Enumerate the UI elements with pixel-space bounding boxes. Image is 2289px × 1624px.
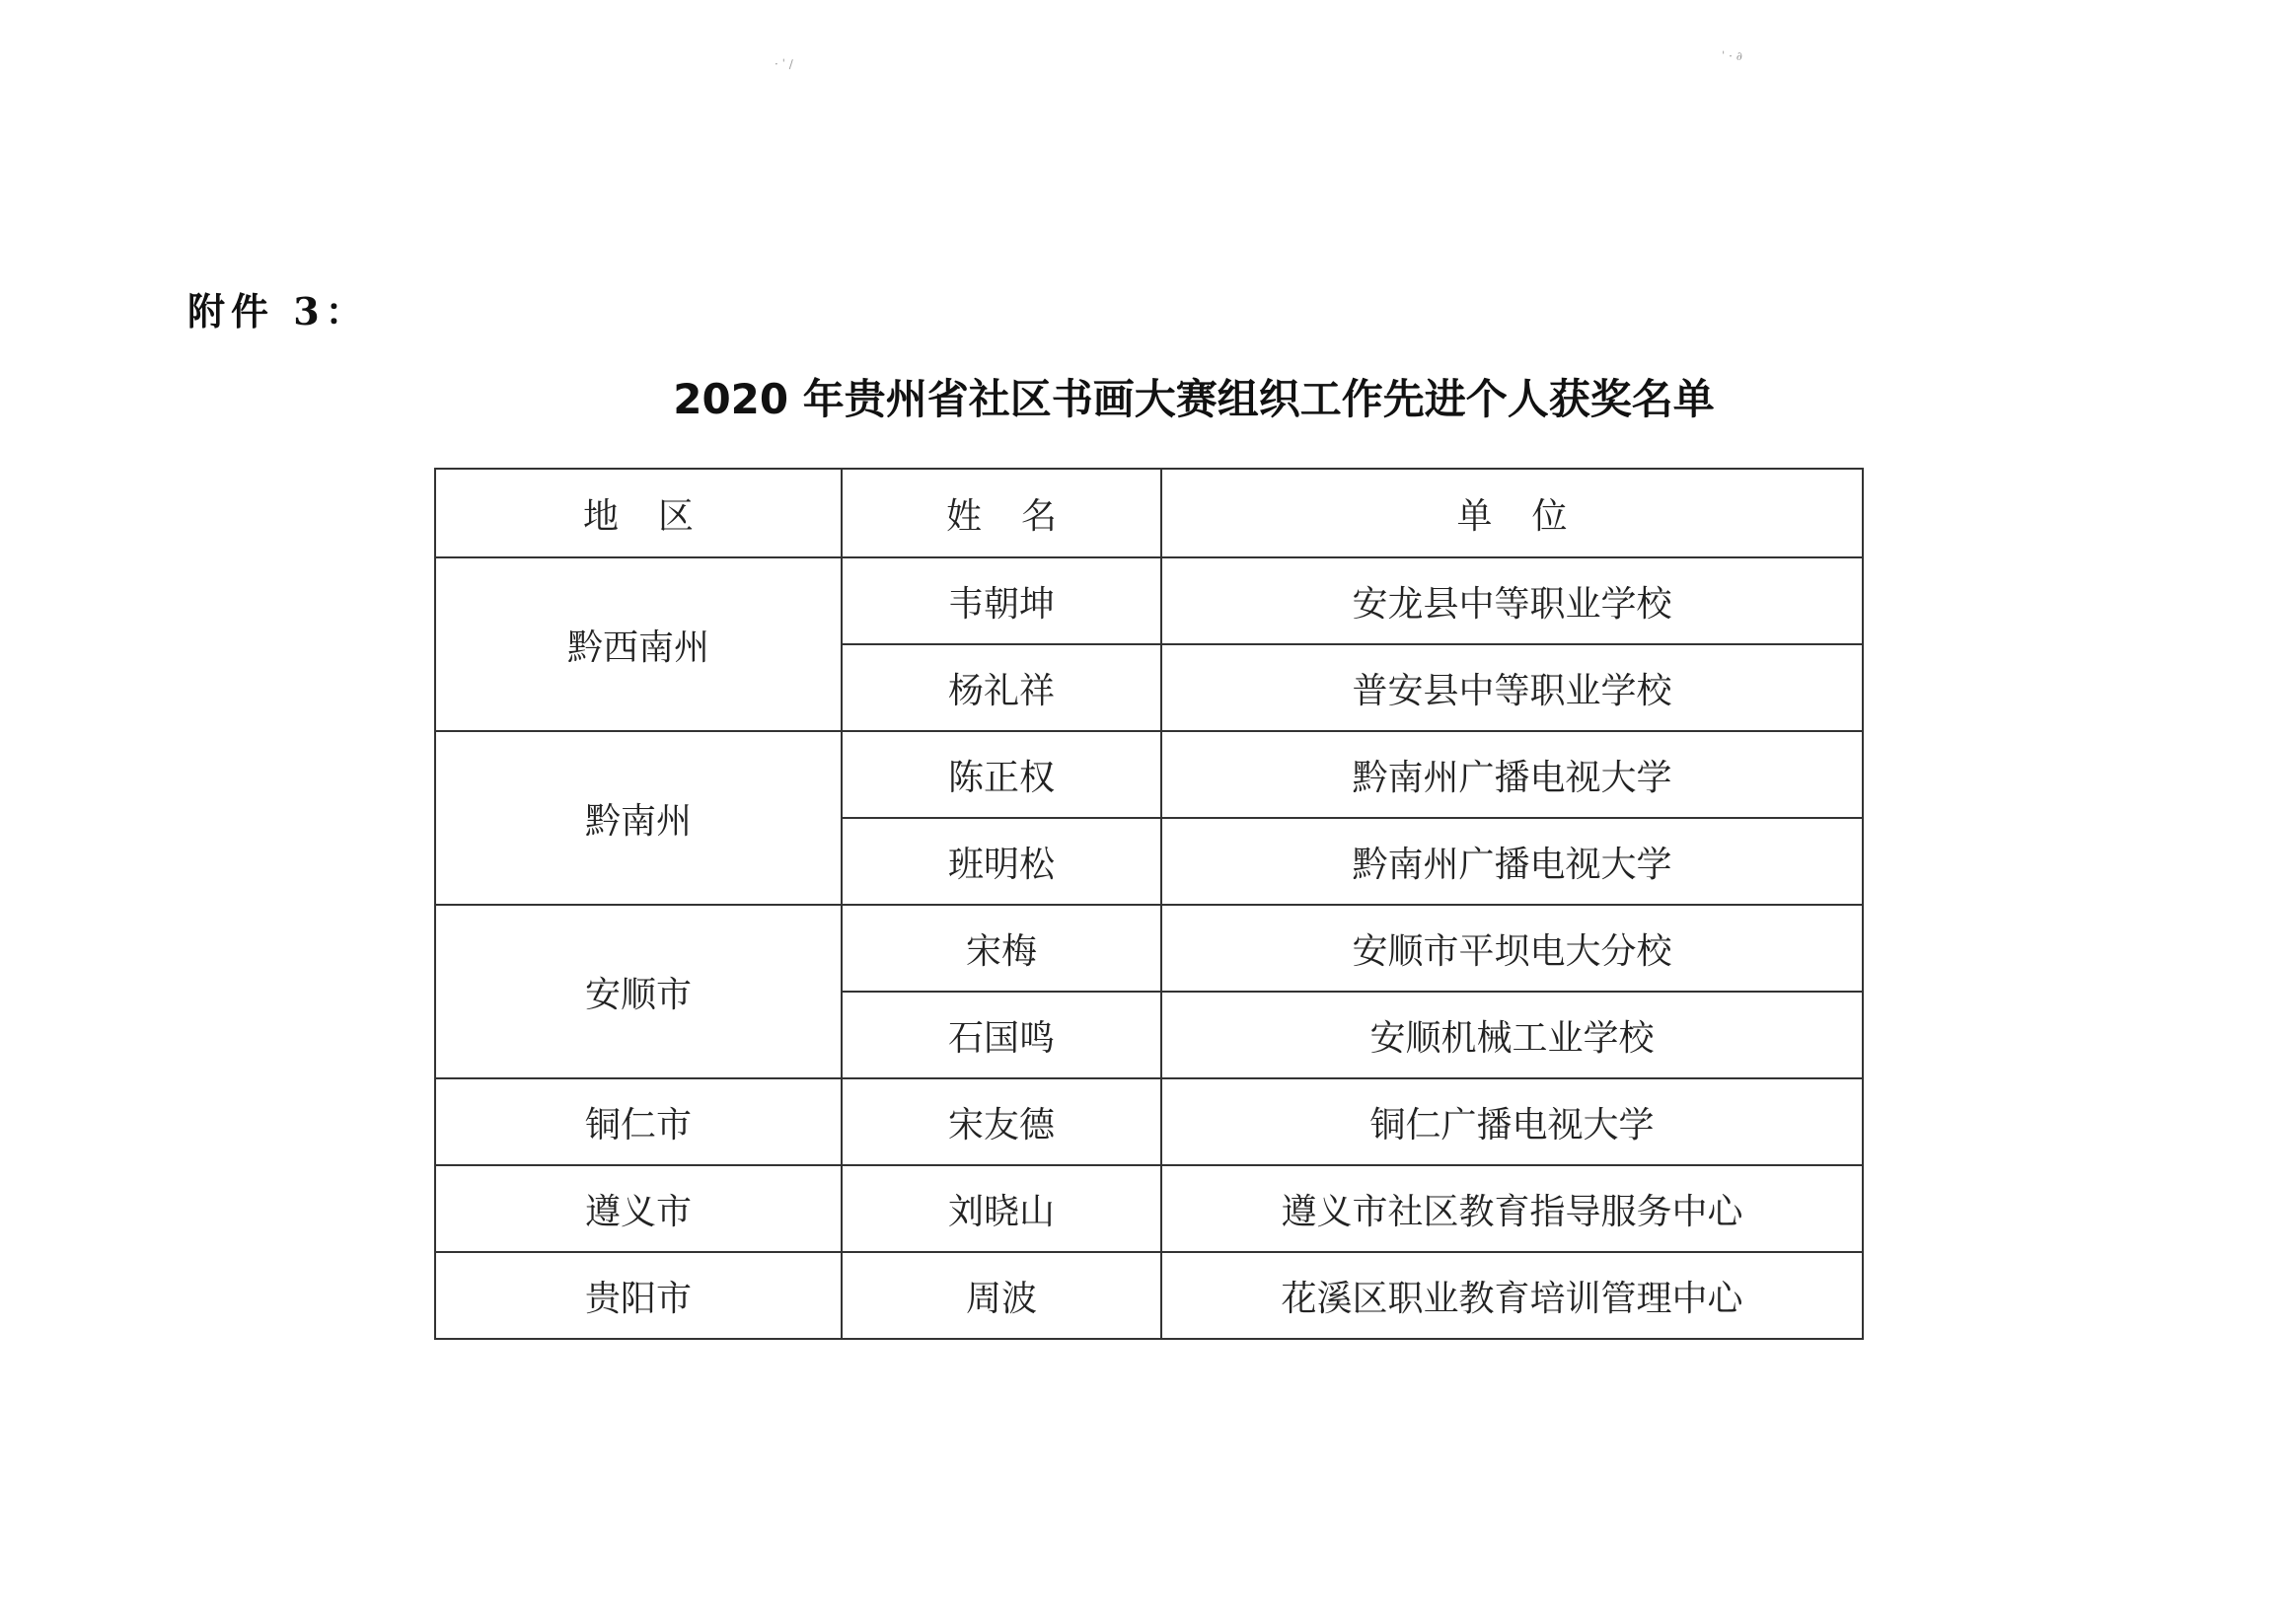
unit-cell: 安顺机械工业学校 (1161, 992, 1863, 1078)
name-cell: 周波 (842, 1252, 1161, 1339)
name-cell: 杨礼祥 (842, 644, 1161, 731)
header-name: 姓名 (842, 469, 1161, 557)
table-row: 安顺市 宋梅 安顺市平坝电大分校 (435, 905, 1863, 992)
unit-cell: 安顺市平坝电大分校 (1161, 905, 1863, 992)
unit-cell: 黔南州广播电视大学 (1161, 731, 1863, 818)
document-title: 2020 年贵州省社区书画大赛组织工作先进个人获奖名单 (0, 367, 2289, 426)
name-cell: 班明松 (842, 818, 1161, 905)
name-cell: 石国鸣 (842, 992, 1161, 1078)
name-cell: 刘晓山 (842, 1165, 1161, 1252)
unit-cell: 遵义市社区教育指导服务中心 (1161, 1165, 1863, 1252)
unit-cell: 花溪区职业教育培训管理中心 (1161, 1252, 1863, 1339)
name-cell: 宋梅 (842, 905, 1161, 992)
name-cell: 宋友德 (842, 1078, 1161, 1165)
scan-artifact-left: · ˈ ∕ (775, 57, 793, 71)
region-cell: 黔西南州 (435, 557, 842, 731)
region-cell: 铜仁市 (435, 1078, 842, 1165)
region-cell: 黔南州 (435, 731, 842, 905)
table-row: 黔南州 陈正权 黔南州广播电视大学 (435, 731, 1863, 818)
unit-cell: 普安县中等职业学校 (1161, 644, 1863, 731)
unit-cell: 黔南州广播电视大学 (1161, 818, 1863, 905)
unit-cell: 安龙县中等职业学校 (1161, 557, 1863, 644)
region-cell: 贵阳市 (435, 1252, 842, 1339)
unit-cell: 铜仁广播电视大学 (1161, 1078, 1863, 1165)
attachment-label: 附件 3： (187, 281, 369, 335)
table-row: 铜仁市 宋友德 铜仁广播电视大学 (435, 1078, 1863, 1165)
awards-table: 地区 姓名 单位 黔西南州 韦朝坤 安龙县中等职业学校 杨礼祥 普安县中等职业学… (434, 468, 1864, 1340)
name-cell: 韦朝坤 (842, 557, 1161, 644)
table-row: 黔西南州 韦朝坤 安龙县中等职业学校 (435, 557, 1863, 644)
table-row: 贵阳市 周波 花溪区职业教育培训管理中心 (435, 1252, 1863, 1339)
scan-artifact-right: ˈ · ∂ (1722, 49, 1742, 63)
table-row: 遵义市 刘晓山 遵义市社区教育指导服务中心 (435, 1165, 1863, 1252)
header-region: 地区 (435, 469, 842, 557)
table-header-row: 地区 姓名 单位 (435, 469, 1863, 557)
region-cell: 安顺市 (435, 905, 842, 1078)
region-cell: 遵义市 (435, 1165, 842, 1252)
header-unit: 单位 (1161, 469, 1863, 557)
name-cell: 陈正权 (842, 731, 1161, 818)
